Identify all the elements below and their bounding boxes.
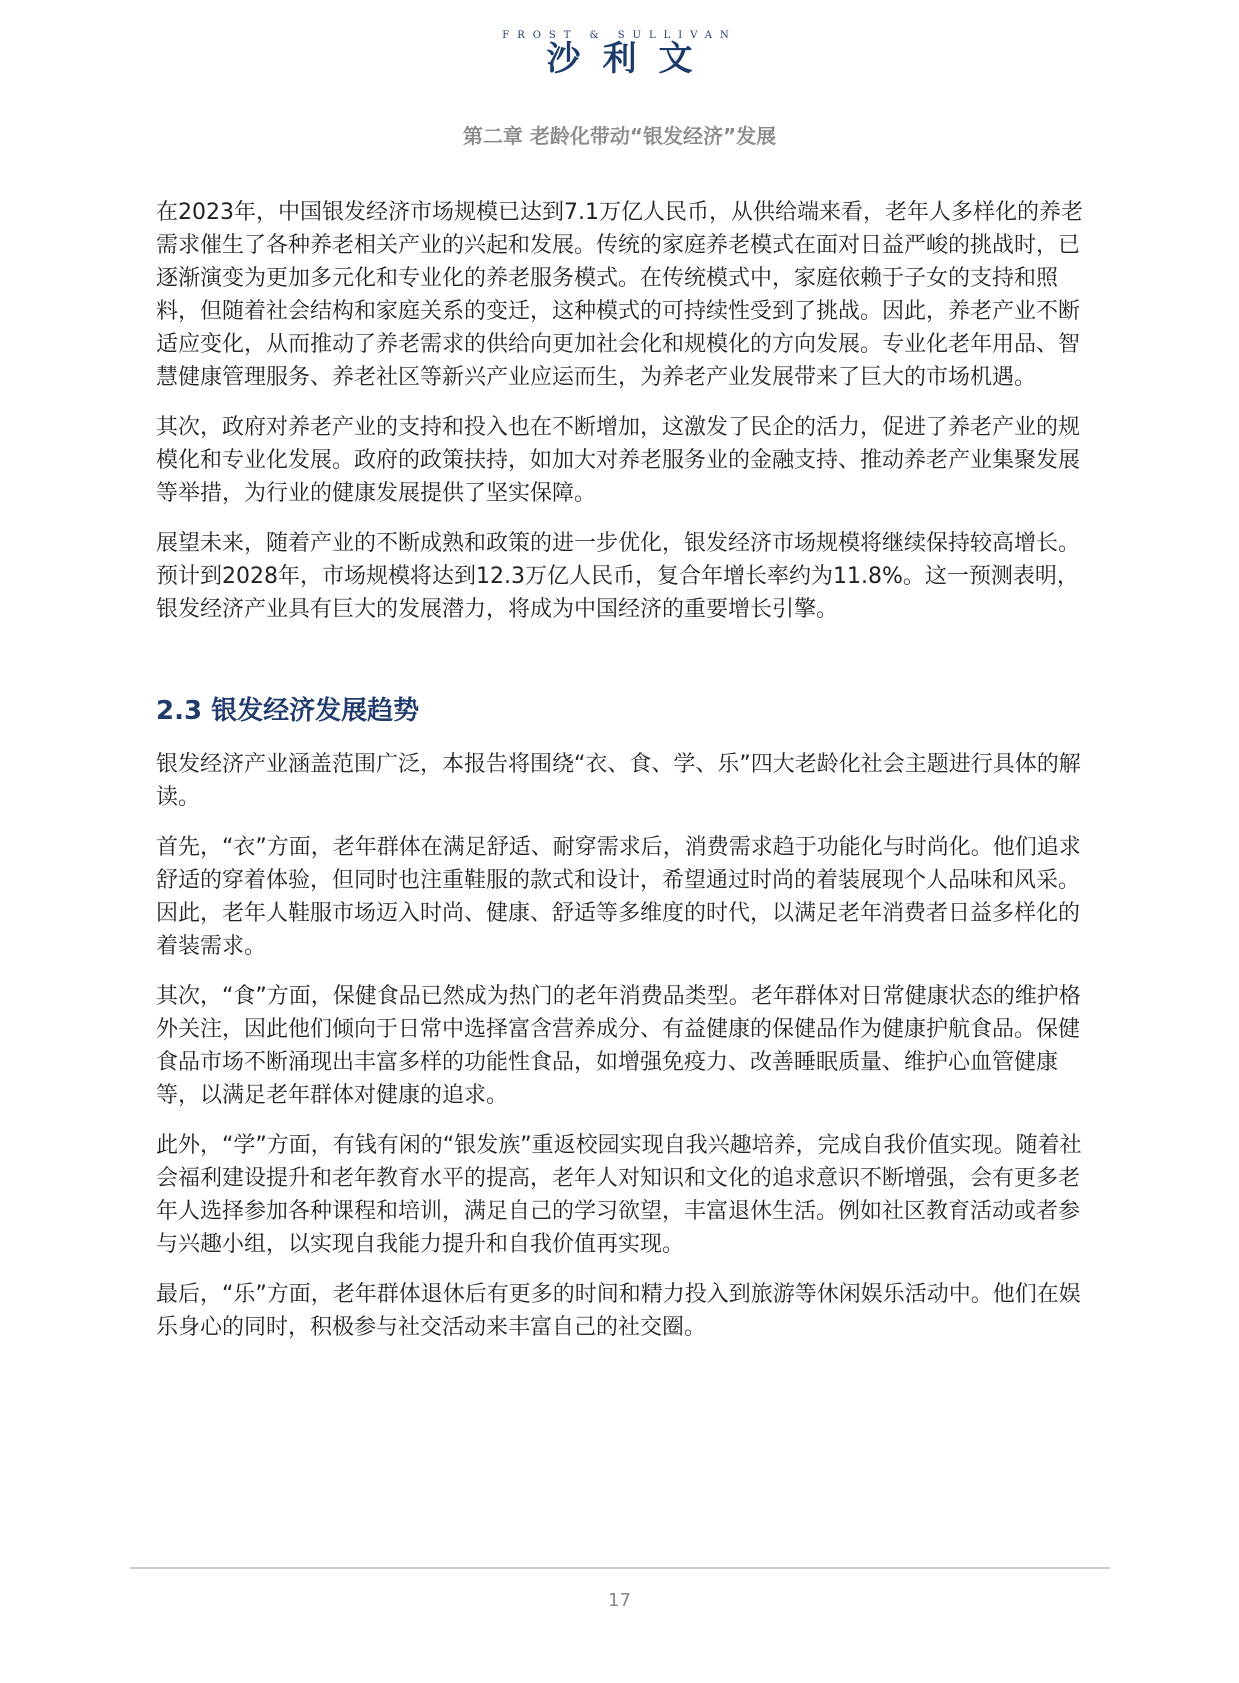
paragraph: 展望未来，随着产业的不断成熟和政策的进一步优化，银发经济市场规模将继续保持较高增… <box>156 527 1091 626</box>
paragraph: 在2023年，中国银发经济市场规模已达到7.1万亿人民币，从供给端来看，老年人多… <box>156 196 1091 394</box>
page-number: 17 <box>0 1590 1239 1611</box>
footer-divider <box>130 1567 1110 1569</box>
section-heading: 2.3 银发经济发展趋势 <box>156 694 1091 728</box>
paragraph: 银发经济产业涵盖范围广泛，本报告将围绕“衣、食、学、乐”四大老龄化社会主题进行具… <box>156 748 1091 814</box>
paragraph: 首先，“衣”方面，老年群体在满足舒适、耐穿需求后，消费需求趋于功能化与时尚化。他… <box>156 831 1091 963</box>
paragraph: 最后，“乐”方面，老年群体退休后有更多的时间和精力投入到旅游等休闲娱乐活动中。他… <box>156 1278 1091 1344</box>
frost-sullivan-logo: FROST & SULLIVAN 沙利文 <box>0 30 1239 79</box>
chapter-title: 第二章 老龄化带动“银发经济”发展 <box>0 120 1239 149</box>
paragraph: 此外，“学”方面，有钱有闲的“银发族”重返校园实现自我兴趣培养，完成自我价值实现… <box>156 1129 1091 1261</box>
paragraph: 其次，“食”方面，保健食品已然成为热门的老年消费品类型。老年群体对日常健康状态的… <box>156 980 1091 1112</box>
paragraph: 其次，政府对养老产业的支持和投入也在不断增加，这激发了民企的活力，促进了养老产业… <box>156 411 1091 510</box>
document-body: 在2023年，中国银发经济市场规模已达到7.1万亿人民币，从供给端来看，老年人多… <box>156 196 1091 1361</box>
logo-chinese-text: 沙利文 <box>0 39 1239 79</box>
